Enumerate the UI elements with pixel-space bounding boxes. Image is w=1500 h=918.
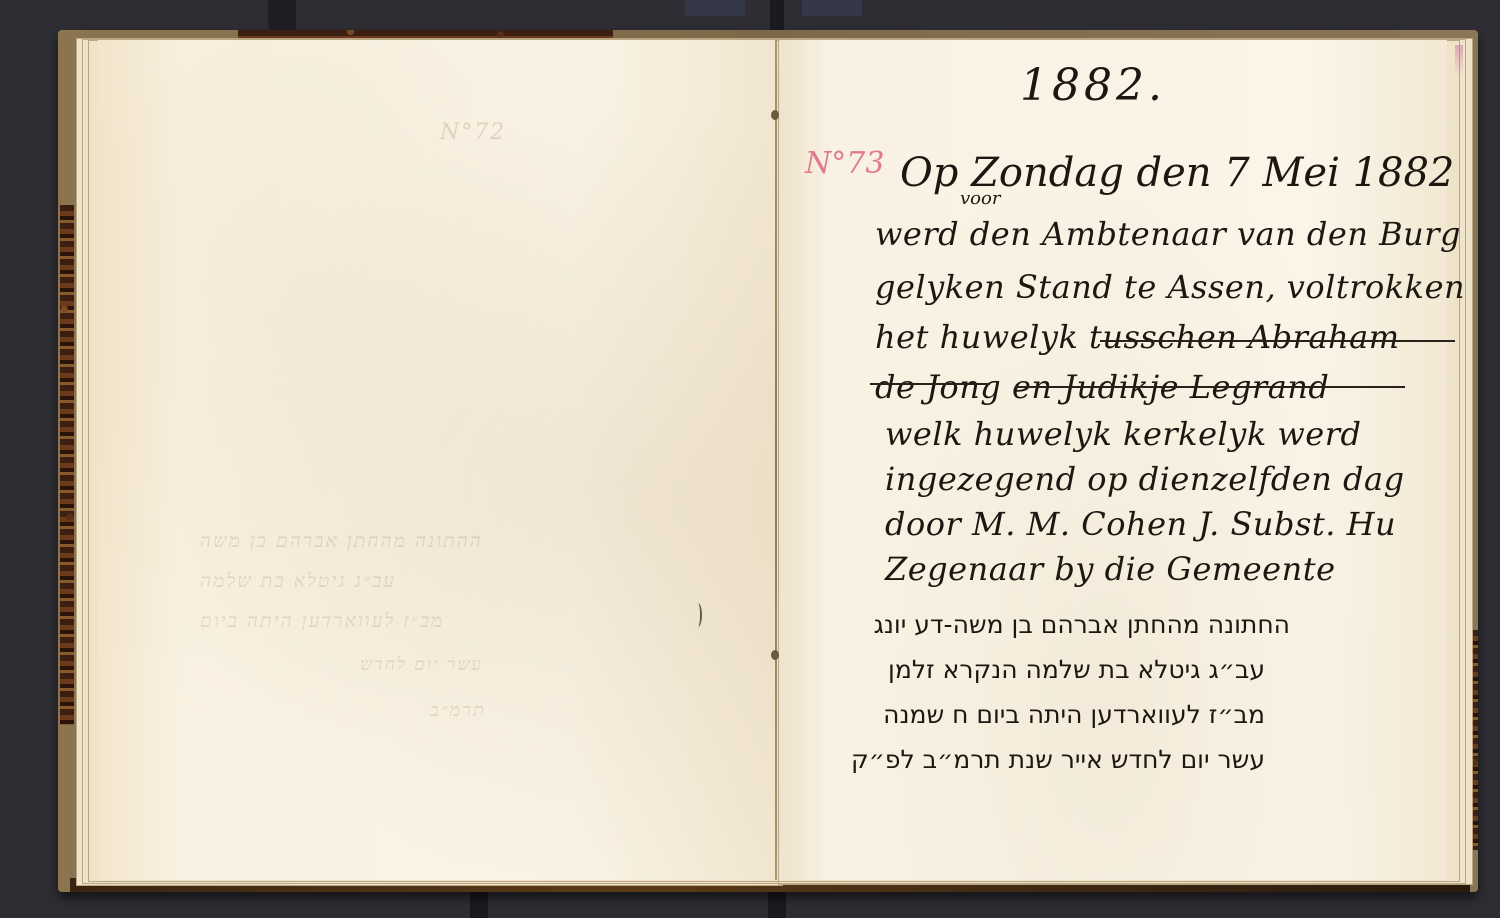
year-heading: 1882. [1020, 60, 1166, 111]
hebrew-line: החתונה מהחתן אברהם בן משה-דע יונג [874, 610, 1290, 639]
name-underline [870, 383, 990, 385]
entry-line: door M. M. Cohen J. Subst. Hu [885, 505, 1396, 543]
binding-thread [771, 650, 779, 660]
name-underline [1100, 340, 1455, 342]
entry-line: gelyken Stand te Assen, voltrokken [875, 268, 1465, 306]
entry-line: het huwelyk tusschen Abraham [875, 318, 1400, 356]
background-plate [685, 0, 745, 16]
entry-number: N°73 [805, 146, 884, 181]
binding-thread [771, 110, 779, 120]
bleed-through-text: עב״ג גיטלא בת שלמה [200, 570, 396, 593]
entry-line: welk huwelyk kerkelyk werd [885, 415, 1361, 453]
book-gutter [775, 40, 777, 880]
edge-stain [1455, 45, 1463, 75]
ink-mark [694, 603, 702, 627]
entry-line: ingezegend op dienzelfden dag [885, 460, 1405, 498]
bleed-through-text: עשר יום לחדש [360, 655, 483, 675]
bleed-through-text: מב״ז לעווארדען היתה ביום [200, 610, 444, 633]
entry-insertion: voor [960, 188, 1000, 209]
bleed-through-text: N°72 [440, 120, 506, 145]
bleed-through-text: ההתונה מהחתן אברהם בן משה [200, 530, 483, 553]
marbled-edge [238, 30, 613, 38]
mount-clamp [268, 0, 296, 34]
mount-clamp [768, 888, 786, 918]
entry-line: werd den Ambtenaar van den Burg [875, 215, 1461, 253]
name-underline [1015, 386, 1405, 388]
hebrew-line: עשר יום לחדש אייר שנת תרמ״ב לפ״ק [851, 745, 1265, 774]
background-plate [802, 0, 862, 16]
hebrew-line: עב״ג גיטלא בת שלמה הנקרא זלמן [888, 655, 1265, 684]
marbled-edge [60, 205, 74, 725]
hebrew-line: מב״ז לעווארדען היתה ביום ח שמנה [883, 700, 1265, 729]
bleed-through-text: תרמ״ב [430, 700, 486, 721]
entry-line: Zegenaar by die Gemeente [885, 550, 1336, 588]
left-page [98, 40, 776, 880]
mount-clamp [470, 888, 488, 918]
